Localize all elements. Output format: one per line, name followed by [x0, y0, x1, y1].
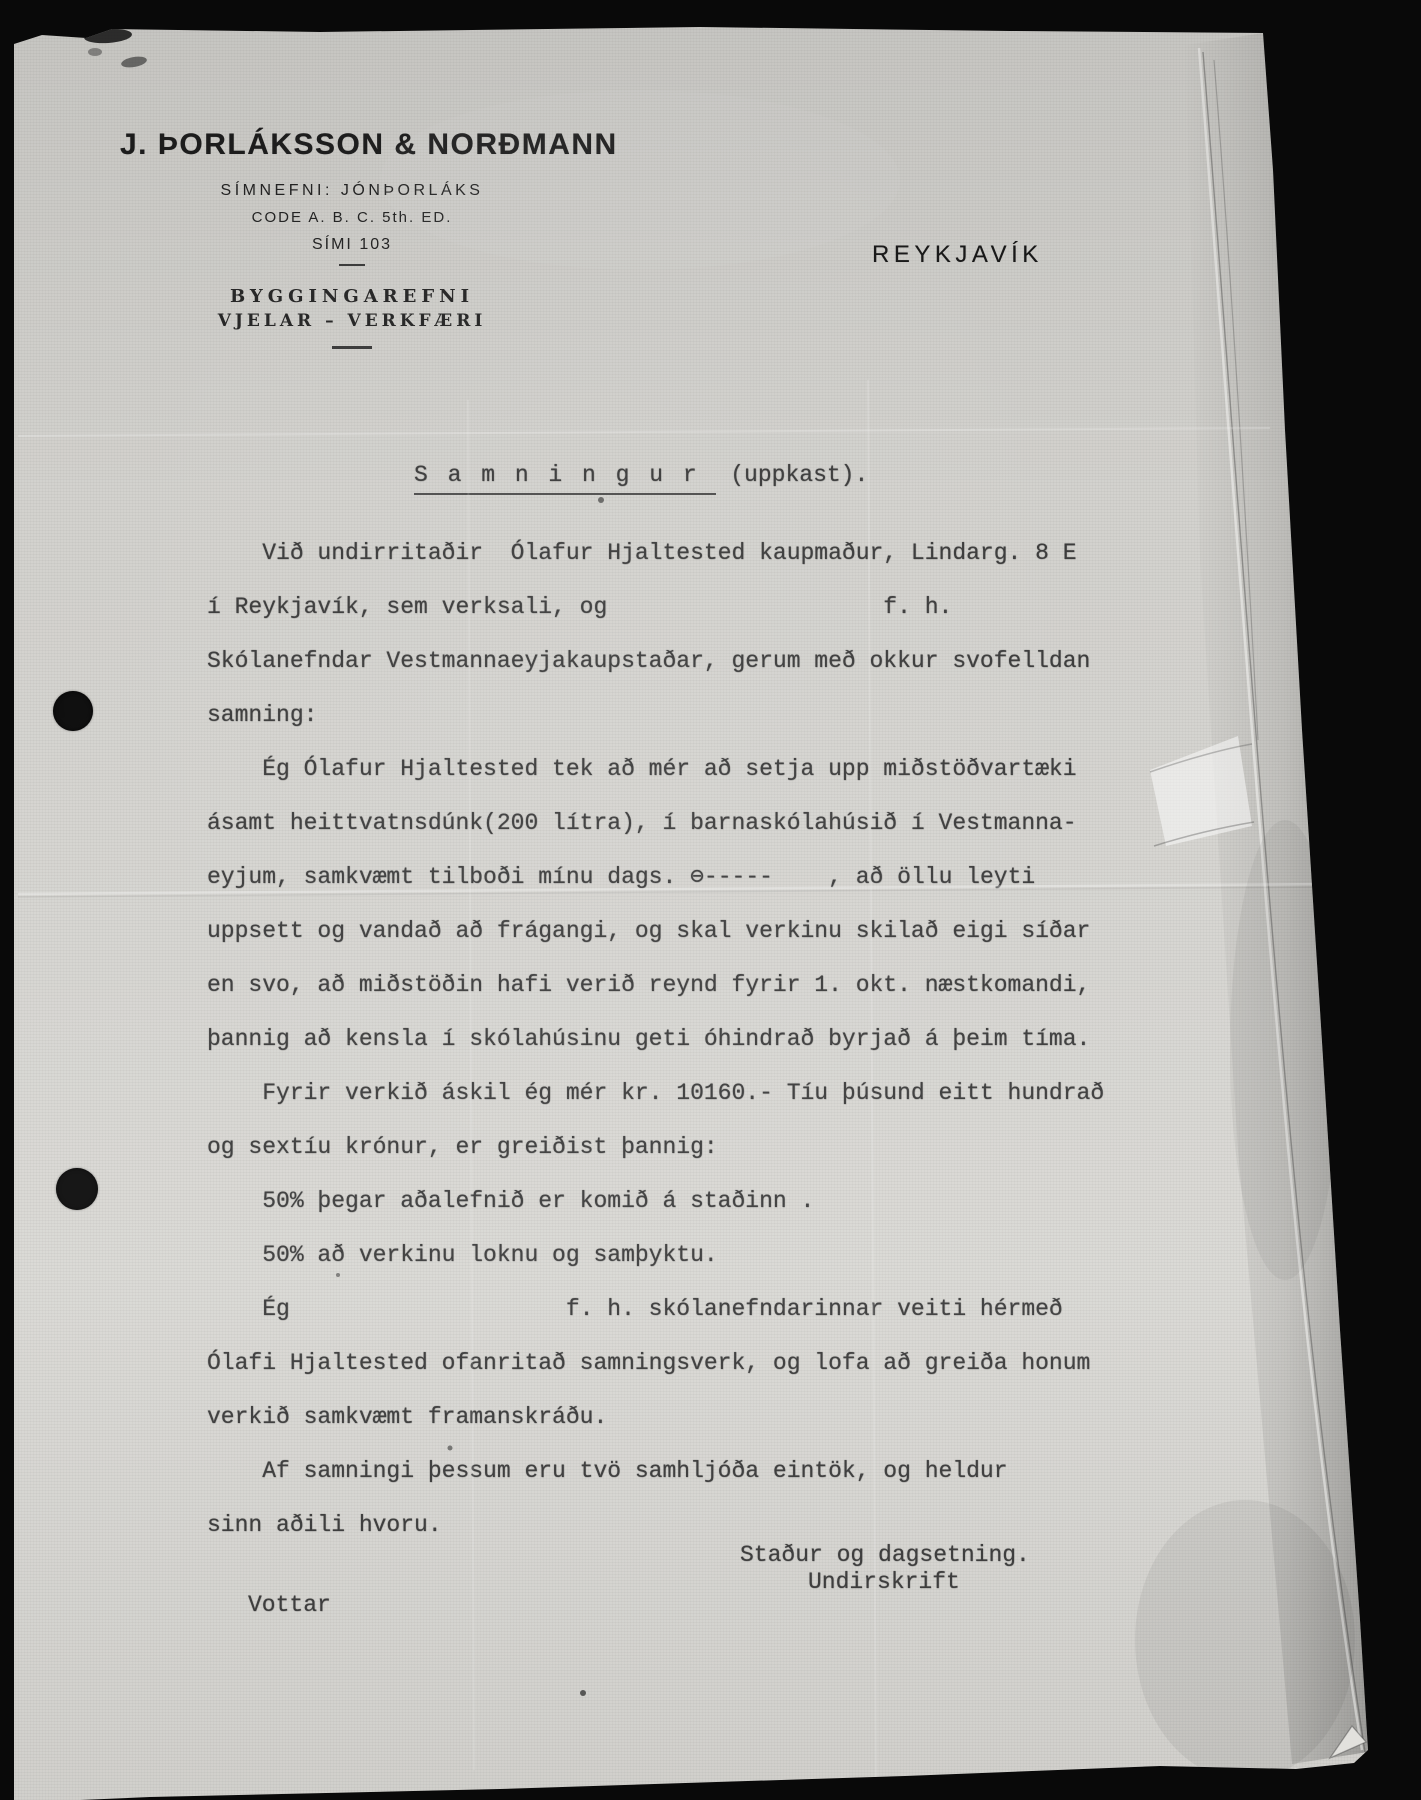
text-line: samning:	[207, 688, 1104, 742]
title-suffix-text: (uppkast).	[716, 462, 868, 488]
folded-corner	[1330, 1726, 1366, 1758]
stain	[1135, 1500, 1355, 1780]
signature-label: Undirskrift	[808, 1569, 960, 1595]
document-page: J. ÞORLÁKSSON & NORÐMANN SÍMNEFNI: JÓNÞO…	[0, 0, 1421, 1800]
text-line: Skólanefndar Vestmannaeyjakaupstaðar, ge…	[207, 634, 1104, 688]
text-line: og sextíu krónur, er greiðist þannig:	[207, 1120, 1104, 1174]
letterhead-divider	[332, 346, 372, 349]
document-title: S a m n i n g u r (uppkast).	[414, 462, 868, 488]
crumple-edge	[1150, 744, 1252, 772]
fold-crease-dark	[1214, 60, 1258, 740]
phone-number: SÍMI 103	[312, 236, 392, 254]
text-line: Fyrir verkið áskil ég mér kr. 10160.- Tí…	[207, 1066, 1104, 1120]
text-line: þannig að kensla í skólahúsinu geti óhin…	[207, 1012, 1104, 1066]
text-line: en svo, að miðstöðin hafi verið reynd fy…	[207, 958, 1104, 1012]
telegraph-code: CODE A. B. C. 5th. ED.	[252, 209, 453, 226]
speck	[598, 497, 604, 503]
stain	[1230, 820, 1340, 1280]
text-line: Af samningi þessum eru tvö samhljóða ein…	[207, 1444, 1104, 1498]
right-edge-shading	[1185, 33, 1368, 1764]
stain	[380, 90, 900, 270]
text-line: Ólafi Hjaltested ofanritað samningsverk,…	[207, 1336, 1104, 1390]
text-line: Ég f. h. skólanefndarinnar veiti hérmeð	[207, 1282, 1104, 1336]
speck	[580, 1690, 586, 1696]
scan-background: J. ÞORLÁKSSON & NORÐMANN SÍMNEFNI: JÓNÞO…	[0, 0, 1421, 1800]
text-line: ásamt heittvatnsdúnk(200 lítra), í barna…	[207, 796, 1104, 850]
place-and-date-label: Staður og dagsetning.	[740, 1542, 1030, 1568]
punch-hole	[56, 1168, 98, 1210]
telegraph-address: SÍMNEFNI: JÓNÞORLÁKS	[221, 182, 484, 200]
letterhead-divider	[339, 264, 365, 266]
witnesses-label: Vottar	[248, 1592, 331, 1618]
horizontal-crease	[18, 428, 1270, 436]
ink-smudge	[120, 55, 147, 69]
text-line: uppsett og vandað að frágangi, og skal v…	[207, 904, 1104, 958]
company-name: J. ÞORLÁKSSON & NORÐMANN	[120, 128, 618, 162]
ink-smudge	[88, 48, 102, 56]
city-label: REYKJAVÍK	[872, 241, 1043, 269]
text-line: í Reykjavík, sem verksali, og f. h.	[207, 580, 1104, 634]
text-line: 50% þegar aðalefnið er komið á staðinn .	[207, 1174, 1104, 1228]
punch-hole	[53, 691, 93, 731]
crumple-edge	[1154, 822, 1254, 846]
business-line-2: VJELAR – VERKFÆRI	[218, 311, 487, 331]
text-line: verkið samkvæmt framanskráðu.	[207, 1390, 1104, 1444]
title-underlined-text: S a m n i n g u r	[414, 462, 716, 495]
fold-crease-dark	[1203, 52, 1365, 1752]
text-line: Við undirritaðir Ólafur Hjaltested kaupm…	[207, 526, 1104, 580]
text-line: 50% að verkinu loknu og samþyktu.	[207, 1228, 1104, 1282]
fold-crease-light	[1199, 48, 1362, 1750]
text-line: eyjum, samkvæmt tilboði mínu dags. ⊖----…	[207, 850, 1104, 904]
text-line: Ég Ólafur Hjaltested tek að mér að setja…	[207, 742, 1104, 796]
ink-smudge	[84, 27, 133, 44]
document-body: Við undirritaðir Ólafur Hjaltested kaupm…	[207, 526, 1104, 1552]
crumple-highlight	[1150, 736, 1252, 846]
business-line-1: BYGGINGAREFNI	[230, 286, 474, 307]
